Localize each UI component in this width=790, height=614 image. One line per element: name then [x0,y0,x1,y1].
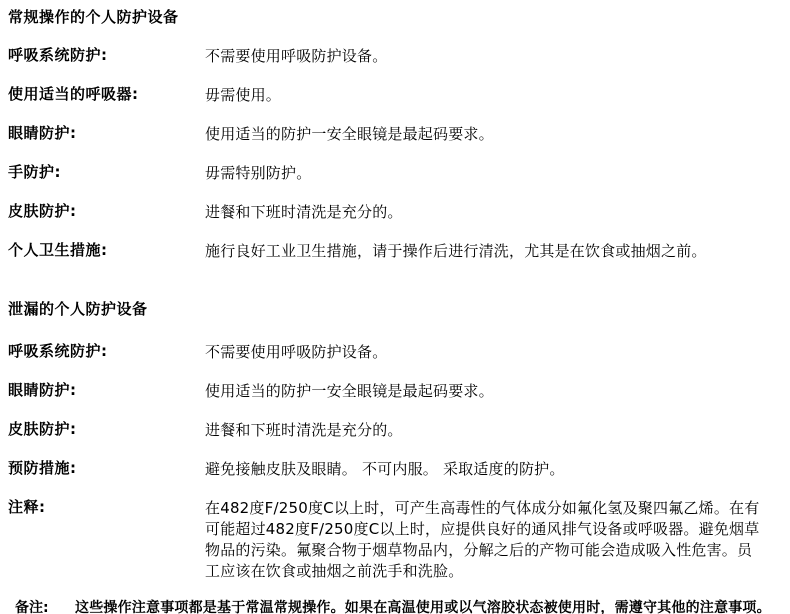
field-value: 在482度F/250度C以上时，可产生高毒性的气体成分如氟化氢及聚四氟乙烯。在有… [205,498,762,582]
section-heading-spill-leak: 泄漏的个人防护设备 [8,300,778,318]
field-label: 呼吸系统防护: [8,342,205,361]
field-row-precautions: 预防措施: 避免接触皮肤及眼睛。 不可内服。 采取适度的防护。 [8,459,778,480]
footer-note-label: 备注: [15,600,75,614]
field-value: 进餐和下班时清洗是充分的。 [205,420,762,441]
footer-note-text: 这些操作注意事项都是基于常温常规操作。如果在高温使用或以气溶胶状态被使用时，需遵… [75,600,778,614]
field-value: 毋需使用。 [205,85,762,106]
field-label: 预防措施: [8,459,205,478]
field-row-respirator-type: 使用适当的呼吸器: 毋需使用。 [8,85,778,106]
field-label: 呼吸系统防护: [8,46,205,65]
field-row-hygiene-measures: 个人卫生措施: 施行良好工业卫生措施，请于操作后进行清洗，尤其是在饮食或抽烟之前… [8,241,778,262]
field-value: 使用适当的防护一安全眼镜是最起码要求。 [205,124,762,145]
field-label: 皮肤防护: [8,202,205,221]
field-label: 皮肤防护: [8,420,205,439]
field-value: 使用适当的防护一安全眼镜是最起码要求。 [205,381,762,402]
footer-note: 备注: 这些操作注意事项都是基于常温常规操作。如果在高温使用或以气溶胶状态被使用… [8,600,778,614]
field-row-respiratory-2: 呼吸系统防护: 不需要使用呼吸防护设备。 [8,342,778,363]
field-row-hand-protection: 手防护: 毋需特别防护。 [8,163,778,184]
field-label: 个人卫生措施: [8,241,205,260]
field-value: 不需要使用呼吸防护设备。 [205,46,762,67]
field-value: 避免接触皮肤及眼睛。 不可内服。 采取适度的防护。 [205,459,762,480]
field-row-respiratory: 呼吸系统防护: 不需要使用呼吸防护设备。 [8,46,778,67]
field-label: 眼睛防护: [8,381,205,400]
field-label: 手防护: [8,163,205,182]
document-page: 常规操作的个人防护设备 呼吸系统防护: 不需要使用呼吸防护设备。 使用适当的呼吸… [0,0,790,614]
field-row-eye-protection-2: 眼睛防护: 使用适当的防护一安全眼镜是最起码要求。 [8,381,778,402]
field-row-skin-protection: 皮肤防护: 进餐和下班时清洗是充分的。 [8,202,778,223]
field-value: 不需要使用呼吸防护设备。 [205,342,762,363]
field-label: 注释: [8,498,205,517]
field-row-skin-protection-2: 皮肤防护: 进餐和下班时清洗是充分的。 [8,420,778,441]
field-value: 施行良好工业卫生措施，请于操作后进行清洗，尤其是在饮食或抽烟之前。 [205,241,762,262]
field-row-remarks-paragraph: 注释: 在482度F/250度C以上时，可产生高毒性的气体成分如氟化氢及聚四氟乙… [8,498,778,582]
field-value: 毋需特别防护。 [205,163,762,184]
field-label: 眼睛防护: [8,124,205,143]
field-row-eye-protection: 眼睛防护: 使用适当的防护一安全眼镜是最起码要求。 [8,124,778,145]
section-heading-normal-operations: 常规操作的个人防护设备 [8,8,778,26]
field-label: 使用适当的呼吸器: [8,85,205,104]
field-value: 进餐和下班时清洗是充分的。 [205,202,762,223]
